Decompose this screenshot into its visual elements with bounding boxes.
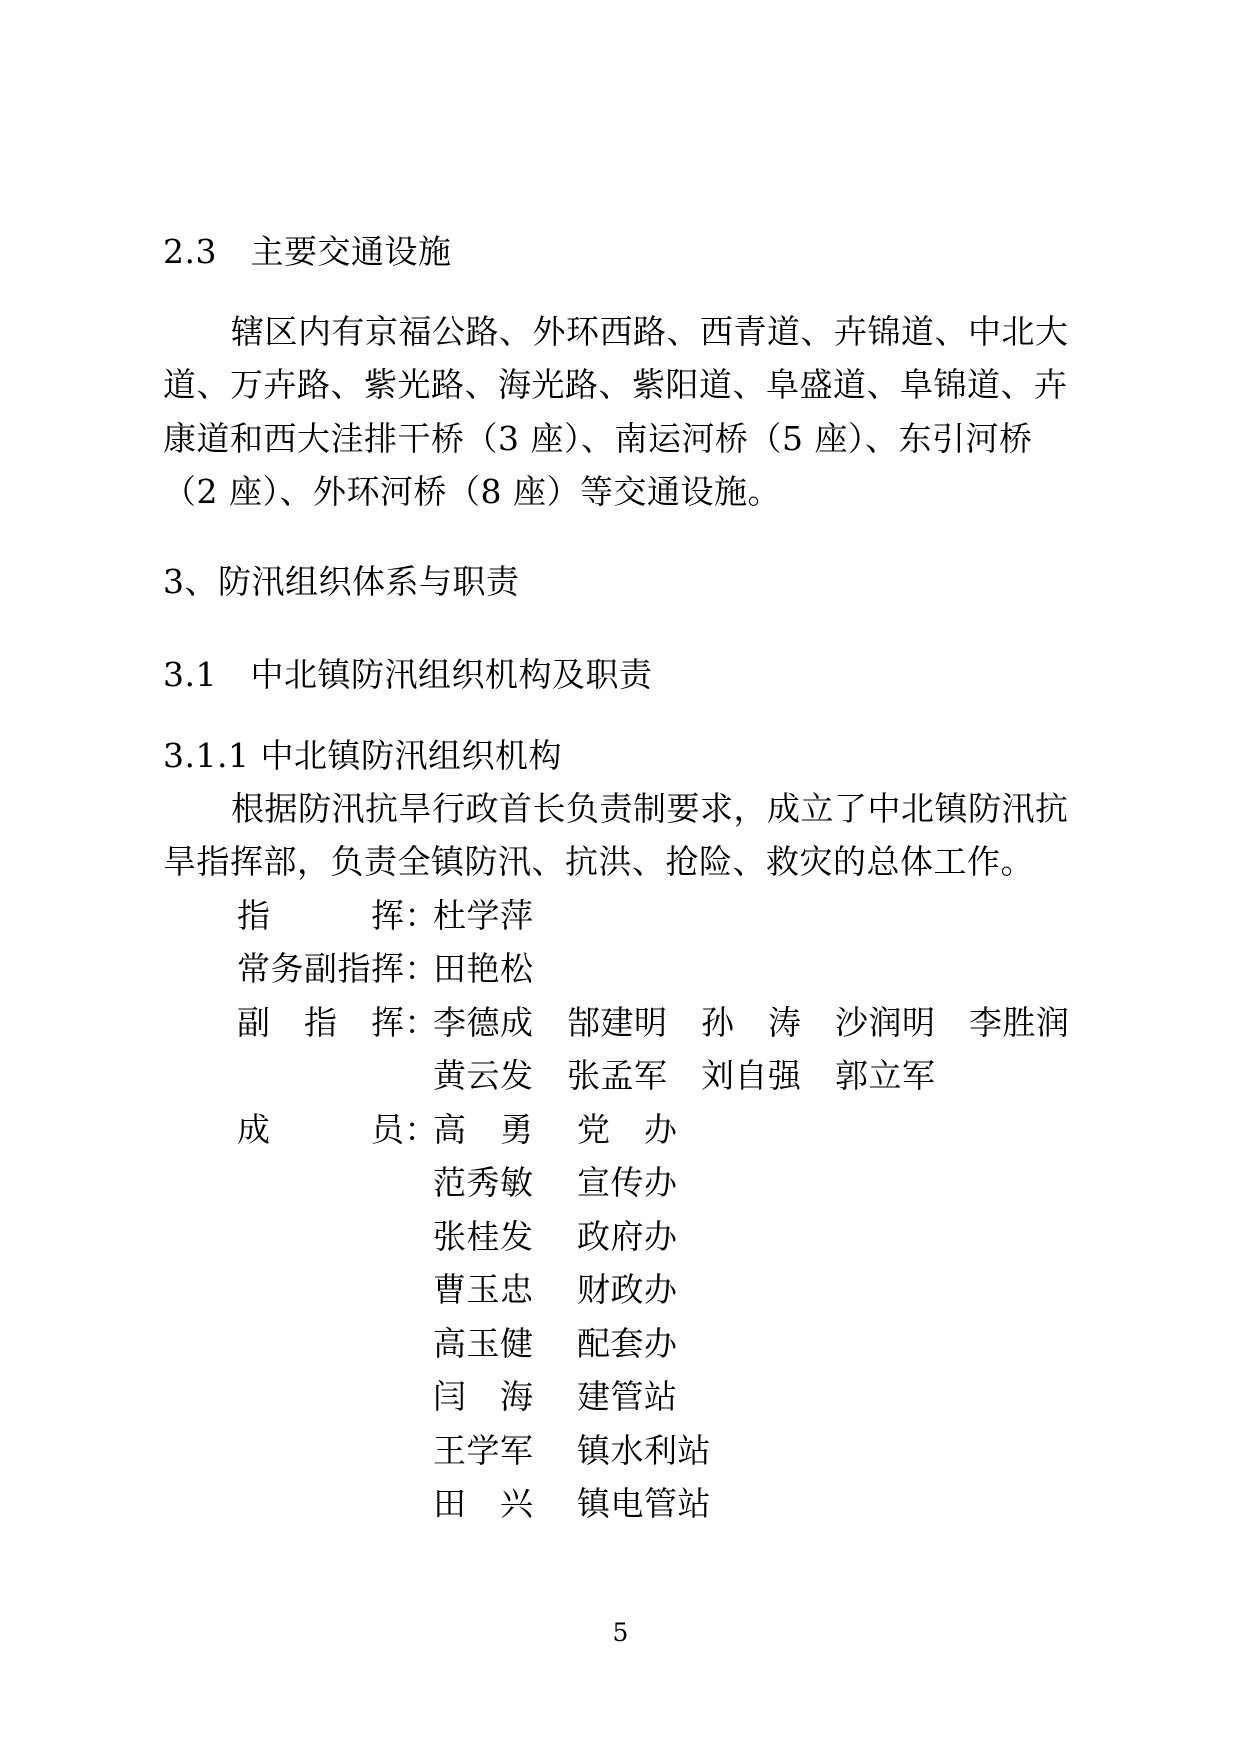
paragraph-traffic-line-1: 辖区内有京福公路、外环西路、西青道、卉锦道、中北大 xyxy=(231,310,1069,354)
heading-2-3: 2.3 主要交通设施 xyxy=(163,230,451,274)
roster-row-member-6: 闫 海建管站 xyxy=(433,1375,678,1419)
member-name: 高玉健 xyxy=(433,1322,577,1366)
member-name: 闫 海 xyxy=(433,1375,577,1419)
roster-row-member-4: 曹玉忠财政办 xyxy=(433,1268,678,1312)
member-name: 张桂发 xyxy=(433,1215,577,1259)
member-office: 建管站 xyxy=(577,1377,678,1416)
member-office: 政府办 xyxy=(577,1217,678,1256)
roster-row-member-1: 成 员：高 勇党 办 xyxy=(237,1108,678,1152)
member-office: 财政办 xyxy=(577,1270,678,1309)
paragraph-traffic-line-3: 康道和西大洼排干桥（3 座）、南运河桥（5 座）、东引河桥 xyxy=(163,417,1032,461)
roster-row-commander: 指 挥：杜学萍 xyxy=(237,894,534,938)
paragraph-traffic-line-2: 道、万卉路、紫光路、海光路、紫阳道、阜盛道、阜锦道、卉 xyxy=(163,363,1068,407)
paragraph-org-line-1: 根据防汛抗旱行政首长负责制要求，成立了中北镇防汛抗 xyxy=(231,787,1069,831)
deputy-names-line-2: 黄云发 张孟军 刘自强 郭立军 xyxy=(433,1054,936,1098)
member-name: 王学军 xyxy=(433,1429,577,1473)
exec-deputy-name: 田艳松 xyxy=(433,949,534,988)
heading-3-1: 3.1 中北镇防汛组织机构及职责 xyxy=(163,653,652,697)
roster-row-exec-deputy: 常务副指挥：田艳松 xyxy=(237,947,534,991)
commander-name: 杜学萍 xyxy=(433,896,534,935)
member-office: 镇水利站 xyxy=(577,1431,711,1470)
heading-3-1-1: 3.1.1 中北镇防汛组织机构 xyxy=(163,734,562,778)
heading-3: 3、防汛组织体系与职责 xyxy=(163,560,520,604)
roster-row-member-5: 高玉健配套办 xyxy=(433,1322,678,1366)
member-name: 高 勇 xyxy=(433,1108,577,1152)
deputy-label: 副 指 挥： xyxy=(237,1001,433,1045)
exec-deputy-label: 常务副指挥： xyxy=(237,947,433,991)
member-name: 曹玉忠 xyxy=(433,1268,577,1312)
paragraph-traffic-line-4: （2 座）、外环河桥（8 座）等交通设施。 xyxy=(163,470,781,514)
member-office: 党 办 xyxy=(577,1110,678,1149)
member-name: 范秀敏 xyxy=(433,1161,577,1205)
roster-row-deputy: 副 指 挥：李德成 郜建明 孙 涛 沙润明 李胜润 xyxy=(237,1001,1070,1045)
roster-row-member-7: 王学军镇水利站 xyxy=(433,1429,711,1473)
page-number: 5 xyxy=(0,1618,1241,1648)
member-office: 镇电管站 xyxy=(577,1484,711,1523)
document-page: 2.3 主要交通设施 辖区内有京福公路、外环西路、西青道、卉锦道、中北大 道、万… xyxy=(0,0,1241,1754)
members-label: 成 员： xyxy=(237,1108,433,1152)
paragraph-org-line-2: 旱指挥部，负责全镇防汛、抗洪、抢险、救灾的总体工作。 xyxy=(163,840,1034,884)
member-name: 田 兴 xyxy=(433,1482,577,1526)
roster-row-member-3: 张桂发政府办 xyxy=(433,1215,678,1259)
roster-row-member-8: 田 兴镇电管站 xyxy=(433,1482,711,1526)
roster-row-member-2: 范秀敏宣传办 xyxy=(433,1161,678,1205)
member-office: 配套办 xyxy=(577,1324,678,1363)
member-office: 宣传办 xyxy=(577,1163,678,1202)
deputy-names-line-1: 李德成 郜建明 孙 涛 沙润明 李胜润 xyxy=(433,1003,1070,1042)
commander-label: 指 挥： xyxy=(237,894,433,938)
